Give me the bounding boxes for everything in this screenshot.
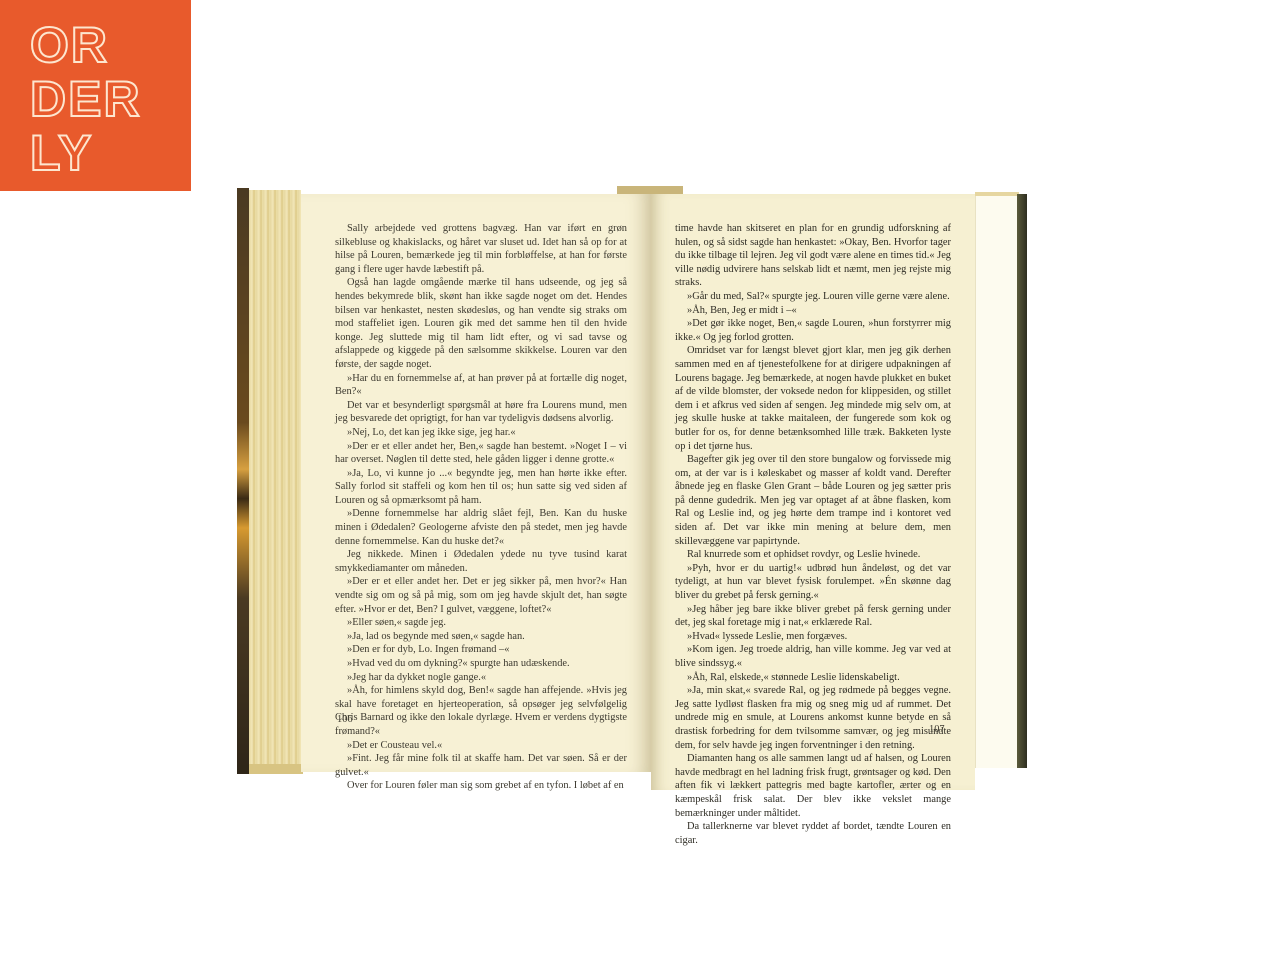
open-book: Sally arbejdede ved grottens bagvæg. Han…: [237, 186, 1027, 774]
paragraph: »Ja, min skat,« svarede Ral, og jeg rødm…: [675, 684, 951, 752]
paragraph: »Denne fornemmelse har aldrig slået fejl…: [335, 507, 627, 548]
paragraph: »Den er for dyb, Lo. Ingen frømand –«: [335, 643, 627, 657]
paragraph: »Ja, Lo, vi kunne jo ...« begyndte jeg, …: [335, 467, 627, 508]
paragraph: Ral knurrede som et ophidset rovdyr, og …: [675, 548, 951, 562]
left-page-text: Sally arbejdede ved grottens bagvæg. Han…: [335, 222, 627, 793]
paragraph: »Ja, lad os begynde med søen,« sagde han…: [335, 630, 627, 644]
paragraph: »Der er et eller andet her. Det er jeg s…: [335, 575, 627, 616]
paragraph: »Åh, Ben, Jeg er midt i –«: [675, 304, 951, 318]
logo-wordmark: OR DER LY: [30, 18, 142, 180]
paragraph: »Åh, for himlens skyld dog, Ben!« sagde …: [335, 684, 627, 738]
page-number-right: 107: [929, 724, 945, 735]
book-cover-right: [1017, 194, 1027, 768]
logo-line-1: OR: [30, 18, 142, 72]
page-edges-left-bottom: [249, 764, 303, 774]
paragraph: Sally arbejdede ved grottens bagvæg. Han…: [335, 222, 627, 276]
paragraph: »Hvad ved du om dykning?« spurgte han ud…: [335, 657, 627, 671]
paragraph: »Hvad« lyssede Leslie, men forgæves.: [675, 630, 951, 644]
logo-line-3: LY: [30, 126, 142, 180]
paragraph: »Jeg håber jeg bare ikke bliver grebet p…: [675, 603, 951, 630]
orderly-logo: OR DER LY: [0, 0, 191, 191]
paragraph: Da tallerknerne var blevet ryddet af bor…: [675, 820, 951, 847]
paragraph: »Fint. Jeg får mine folk til at skaffe h…: [335, 752, 627, 779]
paragraph: Omridset var for længst blevet gjort kla…: [675, 344, 951, 453]
paragraph: Jeg nikkede. Minen i Ødedalen ydede nu t…: [335, 548, 627, 575]
paragraph: Også han lagde omgående mærke til hans u…: [335, 276, 627, 371]
paragraph: »Nej, Lo, det kan jeg ikke sige, jeg har…: [335, 426, 627, 440]
page-edges-left: [249, 190, 301, 772]
paragraph: »Har du en fornemmelse af, at han prøver…: [335, 372, 627, 399]
paragraph: »Åh, Ral, elskede,« stønnede Leslie lide…: [675, 671, 951, 685]
paragraph: »Pyh, hvor er du uartig!« udbrød hun ånd…: [675, 562, 951, 603]
book-cover-left: [237, 188, 249, 774]
paragraph: »Går du med, Sal?« spurgte jeg. Louren v…: [675, 290, 951, 304]
paragraph: Bagefter gik jeg over til den store bung…: [675, 453, 951, 548]
paragraph: Over for Louren føler man sig som grebet…: [335, 779, 627, 793]
paragraph: »Kom igen. Jeg troede aldrig, han ville …: [675, 643, 951, 670]
page-number-left: 106: [337, 714, 353, 725]
paragraph: Diamanten hang os alle sammen langt ud a…: [675, 752, 951, 820]
logo-line-2: DER: [30, 72, 142, 126]
paragraph: »Der er et eller andet her, Ben,« sagde …: [335, 440, 627, 467]
underlying-page-right: [975, 196, 1018, 768]
paragraph: »Eller søen,« sagde jeg.: [335, 616, 627, 630]
book-spine-top: [617, 186, 683, 194]
paragraph: »Det gør ikke noget, Ben,« sagde Louren,…: [675, 317, 951, 344]
paragraph: »Jeg har da dykket nogle gange.«: [335, 671, 627, 685]
paragraph: »Det er Cousteau vel.«: [335, 739, 627, 753]
paragraph: Det var et besynderligt spørgsmål at hør…: [335, 399, 627, 426]
right-page-text: time havde han skitseret en plan for en …: [675, 222, 951, 847]
paragraph: time havde han skitseret en plan for en …: [675, 222, 951, 290]
